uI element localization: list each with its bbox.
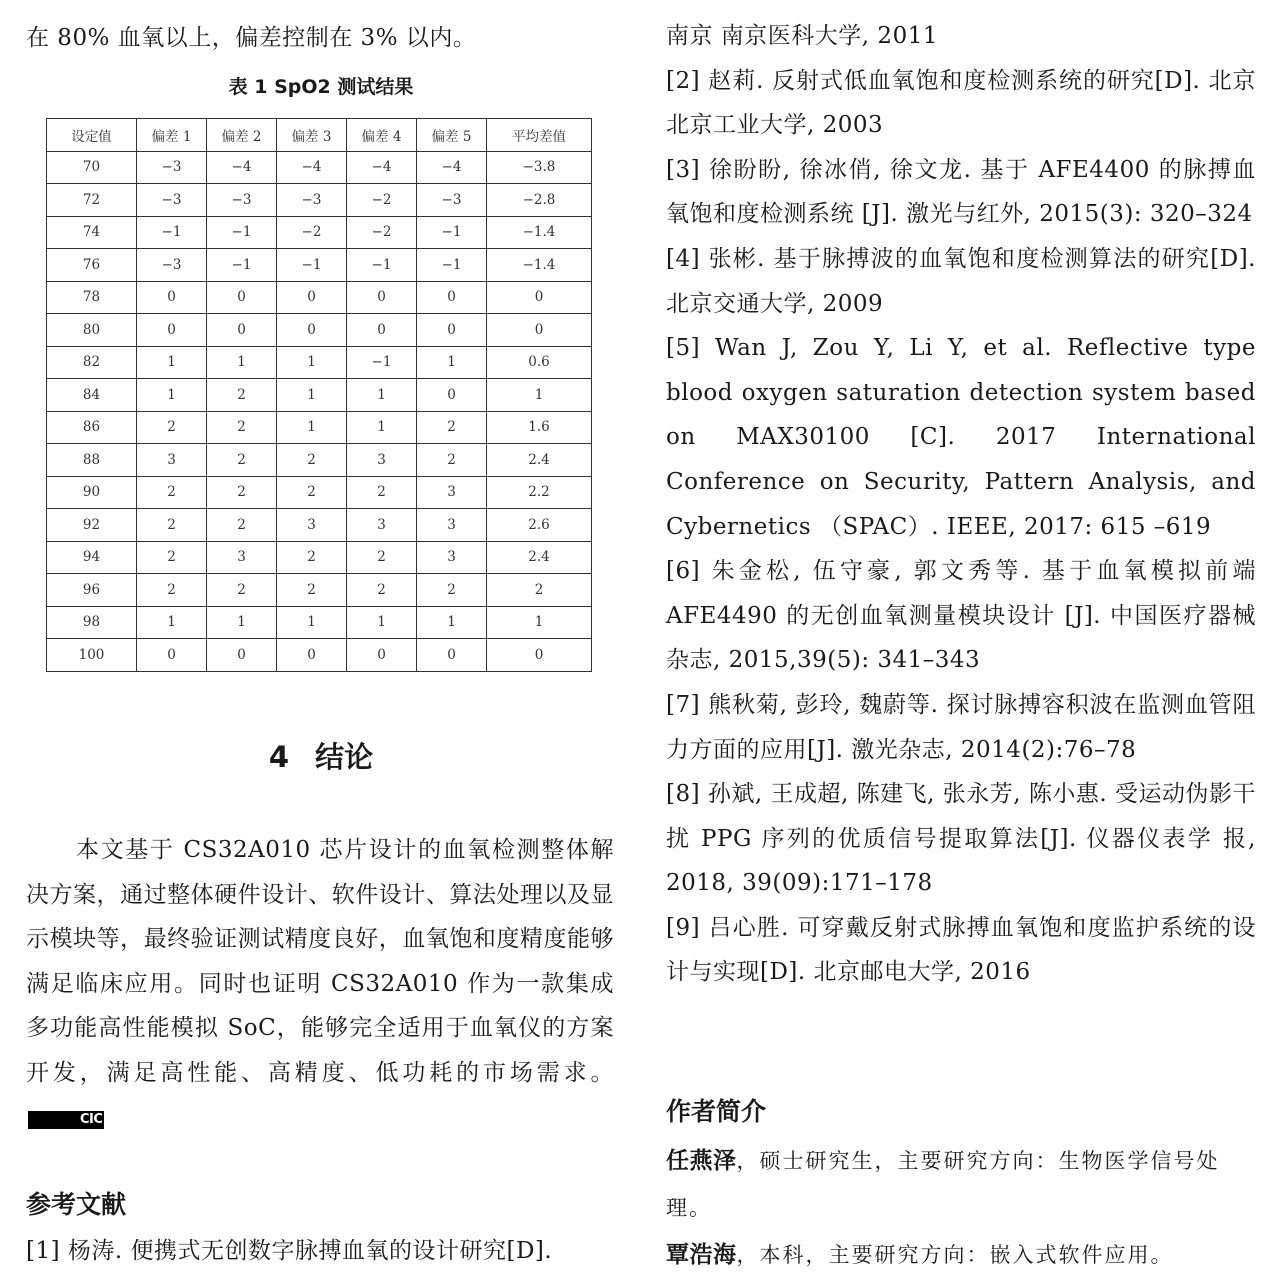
setpoint-cell: 96	[47, 574, 137, 607]
deviation-cell: 2	[277, 574, 347, 607]
reference-item: [6] 朱金松, 伍守豪, 郭文秀等. 基于血氧模拟前端 AFE4490 的无创…	[666, 549, 1256, 683]
average-cell: −1.4	[487, 249, 592, 282]
deviation-cell: −3	[137, 249, 207, 282]
table-row: 90222232.2	[47, 476, 592, 509]
cic-end-mark-icon: CIC	[28, 1111, 104, 1129]
average-cell: −1.4	[487, 216, 592, 249]
table-header-row: 设定值 偏差 1 偏差 2 偏差 3 偏差 4 偏差 5 平均差值	[47, 119, 592, 152]
deviation-cell: 2	[137, 476, 207, 509]
table-row: 76−3−1−1−1−1−1.4	[47, 249, 592, 282]
deviation-cell: 1	[277, 411, 347, 444]
deviation-cell: 0	[417, 639, 487, 672]
deviation-cell: −3	[207, 184, 277, 217]
average-cell: 2.6	[487, 509, 592, 542]
average-cell: −3.8	[487, 151, 592, 184]
table-row: 84121101	[47, 379, 592, 412]
deviation-cell: 0	[347, 281, 417, 314]
conclusion-text: 本文基于 CS32A010 芯片设计的血氧检测整体解决方案，通过整体硬件设计、软…	[26, 837, 614, 1086]
deviation-cell: −1	[417, 216, 487, 249]
reference-1-start: [1] 杨涛. 便携式无创数字脉搏血氧的设计研究[D].	[26, 1229, 552, 1274]
deviation-cell: −4	[277, 151, 347, 184]
deviation-cell: 0	[137, 314, 207, 347]
table-row: 70−3−4−4−4−4−3.8	[47, 151, 592, 184]
header-deviation-2: 偏差 2	[207, 119, 277, 152]
deviation-cell: 0	[347, 314, 417, 347]
deviation-cell: −1	[137, 216, 207, 249]
deviation-cell: 1	[137, 346, 207, 379]
table-row: 100000000	[47, 639, 592, 672]
deviation-cell: 3	[347, 444, 417, 477]
table-row: 78000000	[47, 281, 592, 314]
conclusion-paragraph: 本文基于 CS32A010 芯片设计的血氧检测整体解决方案，通过整体硬件设计、软…	[26, 828, 614, 1140]
deviation-cell: −4	[207, 151, 277, 184]
deviation-cell: 1	[277, 606, 347, 639]
reference-item: [3] 徐盼盼, 徐冰俏, 徐文龙. 基于 AFE4400 的脉搏血氧饱和度检测…	[666, 148, 1256, 237]
setpoint-cell: 86	[47, 411, 137, 444]
setpoint-cell: 88	[47, 444, 137, 477]
deviation-cell: 0	[417, 379, 487, 412]
reference-item: [4] 张彬. 基于脉搏波的血氧饱和度检测算法的研究[D]. 北京交通大学, 2…	[666, 237, 1256, 326]
section-title: 结论	[315, 740, 373, 774]
author-bio-heading: 作者简介	[666, 1092, 766, 1128]
deviation-cell: 3	[417, 509, 487, 542]
header-deviation-3: 偏差 3	[277, 119, 347, 152]
header-deviation-5: 偏差 5	[417, 119, 487, 152]
average-cell: 0	[487, 639, 592, 672]
setpoint-cell: 90	[47, 476, 137, 509]
deviation-cell: 2	[277, 541, 347, 574]
setpoint-cell: 94	[47, 541, 137, 574]
author-name: 任燕泽	[666, 1148, 737, 1174]
average-cell: 1.6	[487, 411, 592, 444]
reference-item: [9] 吕心胜. 可穿戴反射式脉搏血氧饱和度监护系统的设计与实现[D]. 北京邮…	[666, 906, 1256, 995]
section-heading: 4结论	[26, 735, 616, 776]
deviation-cell: 3	[277, 509, 347, 542]
table-row: 80000000	[47, 314, 592, 347]
deviation-cell: −4	[347, 151, 417, 184]
table-row: 94232232.4	[47, 541, 592, 574]
deviation-cell: 1	[347, 606, 417, 639]
average-cell: 0	[487, 281, 592, 314]
spo2-results-table: 设定值 偏差 1 偏差 2 偏差 3 偏差 4 偏差 5 平均差值 70−3−4…	[46, 118, 592, 672]
deviation-cell: −1	[207, 216, 277, 249]
table-row: 72−3−3−3−2−3−2.8	[47, 184, 592, 217]
deviation-cell: 2	[207, 509, 277, 542]
deviation-cell: −1	[277, 249, 347, 282]
deviation-cell: 2	[347, 476, 417, 509]
author-bio-2: 覃浩海，本科，主要研究方向：嵌入式软件应用。	[666, 1232, 1256, 1275]
header-deviation-4: 偏差 4	[347, 119, 417, 152]
deviation-cell: −3	[277, 184, 347, 217]
deviation-cell: 0	[277, 281, 347, 314]
table-caption: 表 1 SpO2 测试结果	[26, 72, 616, 99]
deviation-cell: 1	[347, 411, 417, 444]
deviation-cell: −1	[207, 249, 277, 282]
author-description: ，本科，主要研究方向：嵌入式软件应用。	[737, 1243, 1174, 1267]
intro-paragraph: 在 80% 血氧以上，偏差控制在 3% 以内。	[26, 16, 476, 61]
deviation-cell: 0	[207, 639, 277, 672]
average-cell: 0.6	[487, 346, 592, 379]
deviation-cell: 3	[417, 541, 487, 574]
header-setpoint: 设定值	[47, 119, 137, 152]
deviation-cell: −1	[417, 249, 487, 282]
average-cell: 2.4	[487, 541, 592, 574]
reference-list: 南京 南京医科大学, 2011 [2] 赵莉. 反射式低血氧饱和度检测系统的研究…	[666, 14, 1256, 995]
deviation-cell: 2	[137, 541, 207, 574]
deviation-cell: 1	[277, 346, 347, 379]
deviation-cell: 3	[347, 509, 417, 542]
deviation-cell: 1	[207, 606, 277, 639]
table-row: 88322322.4	[47, 444, 592, 477]
deviation-cell: 2	[277, 476, 347, 509]
deviation-cell: 0	[207, 314, 277, 347]
deviation-cell: −2	[347, 216, 417, 249]
deviation-cell: 0	[137, 281, 207, 314]
deviation-cell: 0	[417, 281, 487, 314]
deviation-cell: 2	[417, 574, 487, 607]
header-average-difference: 平均差值	[487, 119, 592, 152]
deviation-cell: −2	[277, 216, 347, 249]
deviation-cell: −4	[417, 151, 487, 184]
deviation-cell: 2	[207, 379, 277, 412]
author-bio-1: 任燕泽，硕士研究生，主要研究方向：生物医学信号处理。	[666, 1138, 1256, 1232]
deviation-cell: 2	[347, 574, 417, 607]
section-number: 4	[269, 740, 289, 774]
setpoint-cell: 100	[47, 639, 137, 672]
reference-item: [8] 孙斌, 王成超, 陈建飞, 张永芳, 陈小惠. 受运动伪影干扰 PPG …	[666, 772, 1256, 906]
reference-item: [5] Wan J, Zou Y, Li Y, et al. Reflectiv…	[666, 326, 1256, 549]
average-cell: 1	[487, 379, 592, 412]
table-row: 82111−110.6	[47, 346, 592, 379]
deviation-cell: 1	[207, 346, 277, 379]
deviation-cell: 0	[347, 639, 417, 672]
setpoint-cell: 70	[47, 151, 137, 184]
table-row: 86221121.6	[47, 411, 592, 444]
deviation-cell: 3	[207, 541, 277, 574]
deviation-cell: 2	[207, 476, 277, 509]
table-row: 74−1−1−2−2−1−1.4	[47, 216, 592, 249]
average-cell: 2.2	[487, 476, 592, 509]
deviation-cell: 1	[347, 379, 417, 412]
average-cell: 0	[487, 314, 592, 347]
references-heading: 参考文献	[26, 1185, 126, 1221]
deviation-cell: 2	[137, 411, 207, 444]
setpoint-cell: 76	[47, 249, 137, 282]
average-cell: −2.8	[487, 184, 592, 217]
setpoint-cell: 84	[47, 379, 137, 412]
deviation-cell: 2	[137, 509, 207, 542]
deviation-cell: 2	[137, 574, 207, 607]
table-row: 96222222	[47, 574, 592, 607]
deviation-cell: 2	[207, 444, 277, 477]
deviation-cell: 1	[277, 379, 347, 412]
average-cell: 2	[487, 574, 592, 607]
author-bios: 任燕泽，硕士研究生，主要研究方向：生物医学信号处理。 覃浩海，本科，主要研究方向…	[666, 1138, 1256, 1275]
deviation-cell: 2	[207, 574, 277, 607]
deviation-cell: 3	[137, 444, 207, 477]
deviation-cell: 1	[137, 379, 207, 412]
deviation-cell: −1	[347, 346, 417, 379]
deviation-cell: 2	[207, 411, 277, 444]
author-description: ，硕士研究生，主要研究方向：生物医学信号处理。	[666, 1149, 1220, 1220]
average-cell: 1	[487, 606, 592, 639]
deviation-cell: 2	[347, 541, 417, 574]
reference-1-continuation: 南京 南京医科大学, 2011	[666, 14, 1256, 59]
deviation-cell: 2	[417, 411, 487, 444]
reference-item: [2] 赵莉. 反射式低血氧饱和度检测系统的研究[D]. 北京 北京工业大学, …	[666, 59, 1256, 148]
author-name: 覃浩海	[666, 1242, 737, 1268]
average-cell: 2.4	[487, 444, 592, 477]
deviation-cell: 0	[417, 314, 487, 347]
deviation-cell: 1	[137, 606, 207, 639]
deviation-cell: 0	[137, 639, 207, 672]
deviation-cell: −3	[417, 184, 487, 217]
header-deviation-1: 偏差 1	[137, 119, 207, 152]
deviation-cell: −2	[347, 184, 417, 217]
setpoint-cell: 72	[47, 184, 137, 217]
setpoint-cell: 78	[47, 281, 137, 314]
deviation-cell: 1	[417, 346, 487, 379]
deviation-cell: 0	[207, 281, 277, 314]
setpoint-cell: 98	[47, 606, 137, 639]
deviation-cell: −3	[137, 184, 207, 217]
setpoint-cell: 82	[47, 346, 137, 379]
table-row: 92223332.6	[47, 509, 592, 542]
deviation-cell: 2	[417, 444, 487, 477]
setpoint-cell: 74	[47, 216, 137, 249]
reference-item: [7] 熊秋菊, 彭玲, 魏蔚等. 探讨脉搏容积波在监测血管阻力方面的应用[J]…	[666, 683, 1256, 772]
deviation-cell: 1	[417, 606, 487, 639]
deviation-cell: −1	[347, 249, 417, 282]
setpoint-cell: 92	[47, 509, 137, 542]
deviation-cell: 0	[277, 639, 347, 672]
table-row: 98111111	[47, 606, 592, 639]
setpoint-cell: 80	[47, 314, 137, 347]
deviation-cell: 0	[277, 314, 347, 347]
deviation-cell: 2	[277, 444, 347, 477]
deviation-cell: −3	[137, 151, 207, 184]
deviation-cell: 3	[417, 476, 487, 509]
